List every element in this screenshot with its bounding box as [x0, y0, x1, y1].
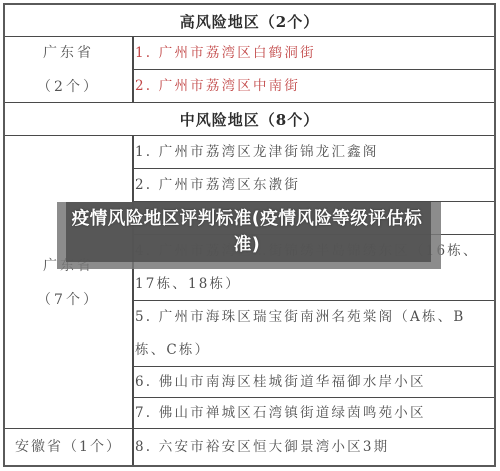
caption-overlay: 疫情风险地区评判标准(疫情风险等级评估标准) — [57, 202, 441, 269]
divider — [5, 37, 494, 103]
province-cell-anhui: 安徽省（1个） — [5, 429, 132, 465]
province-name: 安徽省（1个） — [15, 430, 122, 464]
medium-risk-item: 8. 六安市裕安区恒大御景湾小区3期 — [135, 429, 492, 465]
divider — [5, 136, 494, 429]
divider — [5, 5, 494, 37]
divider — [5, 103, 494, 136]
caption-text: 疫情风险地区评判标准(疫情风险等级评估标准) — [67, 206, 427, 258]
